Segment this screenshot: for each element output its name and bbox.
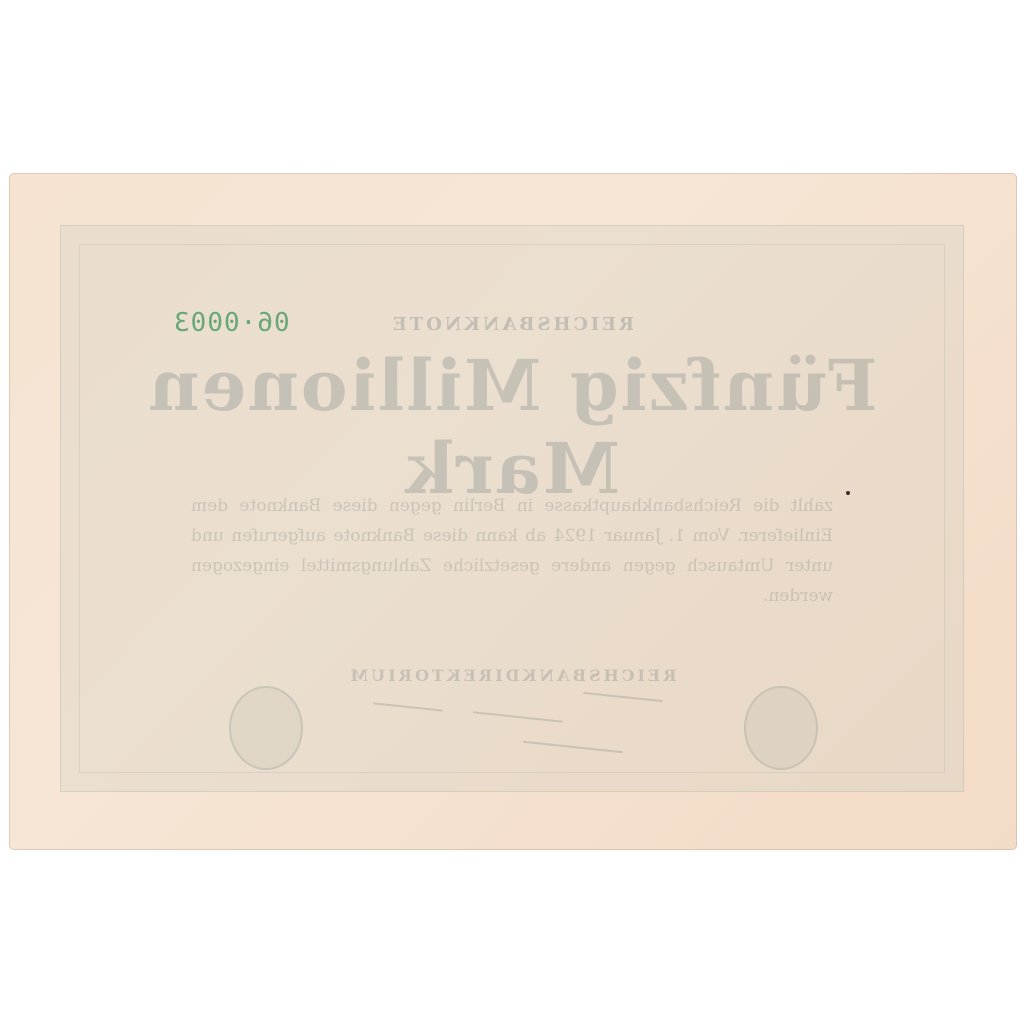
paper-spot	[846, 491, 850, 495]
seal-icon	[229, 686, 303, 770]
issuer-text: REICHSBANKDIREKTORIUM	[61, 666, 963, 685]
denomination-text: Fünfzig Millionen Mark	[61, 344, 963, 510]
signature	[583, 692, 663, 702]
serial-number: 06·0003	[173, 308, 290, 338]
printed-frame: REICHSBANKNOTE Fünfzig Millionen Mark za…	[60, 225, 964, 792]
seal-icon	[744, 686, 818, 770]
signature	[373, 702, 443, 711]
signature	[523, 741, 623, 753]
body-text: zahlt die Reichsbankhauptkasse in Berlin…	[191, 491, 833, 611]
signature	[473, 711, 563, 722]
banknote: REICHSBANKNOTE Fünfzig Millionen Mark za…	[9, 173, 1017, 850]
